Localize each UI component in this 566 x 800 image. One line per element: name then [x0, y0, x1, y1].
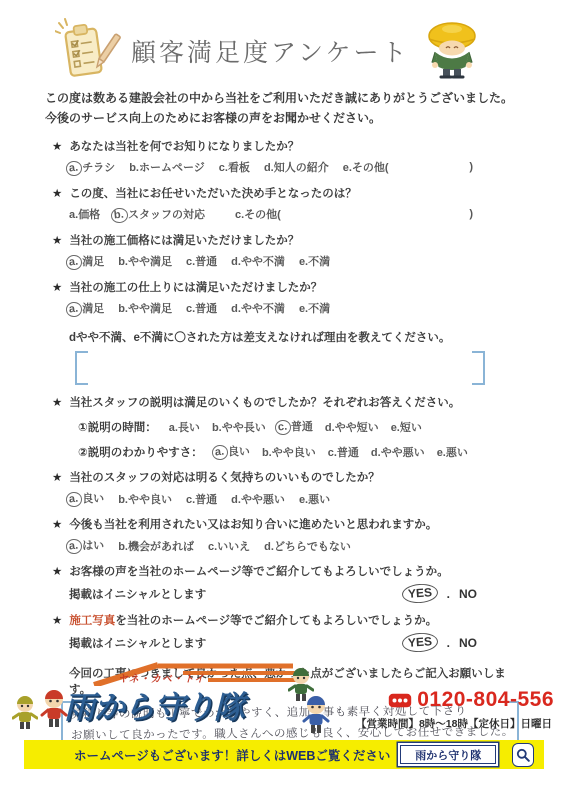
option-satisfied: a.満足	[69, 300, 104, 317]
search-button	[512, 743, 534, 767]
brand-logo-text: 雨から守り隊	[64, 682, 244, 727]
publish-note: 掲載はイニシャルとします	[69, 635, 206, 651]
option-price: a.価格	[69, 206, 100, 222]
option: d.やや悪い	[371, 444, 425, 460]
option-letter-circled: a.	[65, 254, 83, 271]
option-staff: b.スタッフの対応	[114, 206, 205, 223]
option-label: やや満足	[128, 303, 172, 315]
option-letter: c.	[208, 541, 217, 553]
option-letter: e.	[343, 162, 352, 174]
mascot-hero-red-icon	[40, 688, 68, 728]
option-label: やや満足	[128, 256, 172, 268]
option-letter: b.	[118, 256, 128, 268]
option-letter: c.	[219, 162, 228, 174]
survey-header: 顧客満足度アンケート	[55, 16, 521, 86]
option-label: 機会があれば	[128, 541, 194, 553]
option-label: やや短い	[335, 422, 379, 434]
option-label: 価格	[78, 209, 100, 221]
option: c.普通	[186, 300, 217, 316]
option: a.長い	[169, 419, 200, 435]
bowing-worker-mascot-icon	[420, 19, 484, 83]
option-letter: b.	[118, 303, 128, 315]
option: b.やや良い	[262, 444, 316, 460]
option-label: やや悪い	[241, 494, 285, 506]
option-letter: d.	[371, 447, 381, 459]
option-label: 普通	[195, 256, 217, 268]
option-letter: d.	[231, 303, 241, 315]
question-title: この度、当社にお任せいただいた決め手となったのは？	[69, 187, 357, 202]
yes-label-circled: YES	[401, 632, 438, 653]
option-letter: e.	[299, 256, 308, 268]
option-homepage: b.ホームページ	[129, 159, 205, 175]
option-selected: a.良い	[215, 443, 250, 460]
option-label: 普通	[291, 421, 313, 433]
option: d.やや不満	[231, 300, 285, 316]
star-bullet: ★	[52, 396, 62, 411]
subquestion-label: ②説明のわかりやすさ：	[78, 444, 203, 460]
option-letter: d.	[264, 541, 274, 553]
option-letter: d.	[264, 162, 274, 174]
question-publish-photos: ★施工写真を当社のホームページ等でご紹介してもよろしいでしょうか。 掲載はイニシ…	[45, 614, 521, 652]
option-label: 知人の紹介	[274, 162, 329, 174]
intro-line1: この度は数ある建設会社の中から当社をご利用いただき誠にありがとうございました。	[45, 88, 521, 108]
option: c.普通	[186, 253, 217, 269]
option-other: c.その他(	[235, 206, 281, 222]
reason-input-box	[75, 351, 485, 385]
option: b.やや満足	[118, 300, 172, 316]
option-label: 満足	[82, 303, 104, 315]
magnifier-icon	[516, 748, 530, 762]
option-label: 悪い	[308, 494, 330, 506]
survey-document: 顧客満足度アンケート この度は数ある建設会社の中から当社をご利用いただき誠にあり…	[0, 0, 566, 800]
option-label: いいえ	[217, 541, 250, 553]
option: d.どちらでもない	[264, 538, 351, 554]
question-title: 当社の施工価格には満足いただけましたか？	[69, 234, 299, 249]
option-letter: d.	[231, 494, 241, 506]
close-paren: )	[469, 161, 473, 173]
subquestion-explanation-clarity: ②説明のわかりやすさ： a.良い b.やや良い c.普通 d.やや悪い e.悪い	[52, 443, 521, 460]
question-title: 今後も当社を利用されたい又はお知り合いに進めたいと思われますか。	[69, 518, 437, 533]
search-box: 雨から守り隊	[400, 745, 496, 764]
clipboard-pencil-icon	[55, 18, 121, 84]
subquestion-explanation-time: ①説明の時間： a.長い b.やや長い c.普通 d.やや短い e.短い	[52, 418, 521, 435]
option: e.悪い	[437, 444, 468, 460]
star-bullet: ★	[52, 234, 62, 249]
option-label: ホームページ	[139, 162, 205, 174]
option-letter: e.	[437, 447, 446, 459]
option-letter: e.	[391, 422, 400, 434]
option: b.機会があれば	[118, 538, 194, 554]
option: b.やや満足	[118, 253, 172, 269]
option: e.不満	[299, 300, 330, 316]
question-finish-satisfaction: ★当社の施工の仕上りには満足いただけましたか？ a.満足 b.やや満足 c.普通…	[45, 281, 521, 317]
option-letter: c.	[186, 494, 195, 506]
intro-line2: 今後のサービス向上のためにお客様の声をお聞かせください。	[45, 108, 521, 128]
option-letter: b.	[212, 422, 222, 434]
mascot-hero-yellow-icon	[12, 694, 38, 730]
star-bullet: ★	[52, 281, 62, 296]
star-bullet: ★	[52, 140, 62, 155]
option-other: e.その他(	[343, 159, 389, 175]
question-staff-attitude: ★当社のスタッフの対応は明るく気持ちのいいものでしたか？ a.良い b.やや良い…	[45, 471, 521, 507]
intro-text: この度は数ある建設会社の中から当社をご利用いただき誠にありがとうございました。 …	[45, 88, 521, 129]
question-title: あなたは当社を何でお知りになりましたか？	[69, 140, 299, 155]
option-letter: e.	[299, 494, 308, 506]
reason-note: dやや不満、e不満に〇された方は差支えなければ理由を教えてください。	[45, 329, 521, 345]
question-title: 当社の施工の仕上りには満足いただけましたか？	[69, 281, 322, 296]
option: c.普通	[186, 491, 217, 507]
question-use-again: ★今後も当社を利用されたい又はお知り合いに進めたいと思われますか。 a.はい b…	[45, 518, 521, 554]
yes-no-separator: .	[447, 636, 450, 650]
web-banner: ホームページもございます！詳しくはWEBご覧ください 雨から守り隊	[24, 740, 544, 769]
yes-label-circled: YES	[401, 583, 438, 604]
no-label: NO	[459, 636, 477, 650]
option-selected: c.普通	[278, 418, 313, 435]
option-selected: a.はい	[69, 537, 104, 554]
option-label: その他(	[244, 209, 281, 221]
freedial-icon	[388, 693, 412, 708]
option-label: 普通	[195, 303, 217, 315]
question-price-satisfaction: ★当社の施工価格には満足いただけましたか？ a.満足 b.やや満足 c.普通 d…	[45, 234, 521, 270]
option-letter: d.	[231, 256, 241, 268]
option-letter: b.	[262, 447, 272, 459]
option-letter: b.	[118, 494, 128, 506]
question-title: お客様の声を当社のホームページ等でご紹介してもよろしいでしょうか。	[69, 565, 448, 580]
option-label: 悪い	[446, 447, 468, 459]
option-label: チラシ	[82, 162, 115, 174]
option-letter: c.	[328, 447, 337, 459]
option-letter-circled: a.	[65, 301, 83, 318]
question-title: 当社スタッフの説明は満足のいくものでしたか？それぞれお答えください。	[69, 396, 460, 411]
option-label: 短い	[400, 422, 422, 434]
option: b.やや長い	[212, 419, 266, 435]
right-bracket	[472, 351, 485, 385]
question-staff-explanation: ★当社スタッフの説明は満足のいくものでしたか？それぞれお答えください。 ①説明の…	[45, 396, 521, 461]
option-label: やや不満	[241, 256, 285, 268]
option-label: やや長い	[222, 422, 266, 434]
option-label: 良い	[228, 446, 250, 458]
title-highlight-red: 施工写真	[69, 615, 115, 627]
option: e.短い	[391, 419, 422, 435]
mascot-hero-blue-icon	[302, 694, 330, 734]
option-label: その他(	[352, 162, 389, 174]
option-letter: a.	[69, 209, 78, 221]
option-label: やや良い	[128, 494, 172, 506]
star-bullet: ★	[52, 471, 62, 486]
option-label: 不満	[308, 256, 330, 268]
search-input-value: 雨から守り隊	[415, 747, 481, 763]
option-letter-circled: c.	[274, 420, 292, 437]
option-label: 満足	[82, 256, 104, 268]
option-letter-circled: a.	[65, 160, 83, 177]
option-label: 看板	[228, 162, 250, 174]
option: e.悪い	[299, 491, 330, 507]
publish-note: 掲載はイニシャルとします	[69, 586, 206, 602]
page-title: 顧客満足度アンケート	[131, 33, 410, 69]
business-hours: 【営業時間】8時～18時【定休日】日曜日	[356, 716, 552, 731]
option-letter: a.	[169, 422, 178, 434]
left-bracket	[75, 351, 88, 385]
phone-number: 0120-804-556	[417, 688, 554, 712]
star-bullet: ★	[52, 518, 62, 533]
option: d.やや悪い	[231, 491, 285, 507]
question-title: 当社のスタッフの対応は明るく気持ちのいいものでしたか？	[69, 471, 380, 486]
option-referral: d.知人の紹介	[264, 159, 329, 175]
option-label: やや不満	[241, 303, 285, 315]
footer: ヤネ・カベ・トイ 雨から守り隊	[0, 664, 566, 738]
option: e.不満	[299, 253, 330, 269]
star-bullet: ★	[52, 187, 62, 202]
option-label: スタッフの対応	[128, 209, 205, 221]
option-letter-circled: b.	[110, 207, 128, 224]
option-letter-circled: a.	[211, 445, 229, 462]
option-selected: a.良い	[69, 490, 104, 507]
subquestion-label: ①説明の時間：	[78, 419, 157, 435]
option-kanban: c.看板	[219, 159, 250, 175]
option-label: 普通	[195, 494, 217, 506]
option: b.やや良い	[118, 491, 172, 507]
close-paren: )	[469, 208, 473, 220]
option-label: やや良い	[272, 447, 316, 459]
phone-row: 0120-804-556	[388, 688, 554, 712]
option-label: 長い	[178, 422, 200, 434]
no-label: NO	[459, 587, 477, 601]
question-title: 施工写真を当社のホームページ等でご紹介してもよろしいでしょうか。	[69, 614, 437, 629]
question-how-did-you-know: ★あなたは当社を何でお知りになりましたか？ a.チラシ b.ホームページ c.看…	[45, 140, 521, 176]
option: c.いいえ	[208, 538, 250, 554]
option-letter: c.	[186, 256, 195, 268]
title-rest: を当社のホームページ等でご紹介してもよろしいでしょうか。	[115, 615, 437, 627]
option-letter: d.	[325, 422, 335, 434]
option-label: 良い	[82, 493, 104, 505]
option-letter: c.	[186, 303, 195, 315]
option-letter: b.	[118, 541, 128, 553]
option-label: 不満	[308, 303, 330, 315]
option-chirashi: a.チラシ	[69, 159, 115, 176]
option-letter-circled: a.	[65, 539, 83, 556]
option-label: はい	[82, 540, 104, 552]
option-satisfied: a.満足	[69, 253, 104, 270]
option-letter-circled: a.	[65, 492, 83, 509]
yes-no-separator: .	[447, 587, 450, 601]
star-bullet: ★	[52, 565, 62, 580]
question-publish-voice: ★お客様の声を当社のホームページ等でご紹介してもよろしいでしょうか。 掲載はイニ…	[45, 565, 521, 603]
option: d.やや短い	[325, 419, 379, 435]
option-letter: b.	[129, 162, 139, 174]
star-bullet: ★	[52, 614, 62, 629]
option: d.やや不満	[231, 253, 285, 269]
banner-text: ホームページもございます！詳しくはWEBご覧ください	[74, 746, 390, 764]
option-label: やや悪い	[381, 447, 425, 459]
option-label: どちらでもない	[274, 541, 351, 553]
option-letter: e.	[299, 303, 308, 315]
option: c.普通	[328, 444, 359, 460]
option-label: 普通	[337, 447, 359, 459]
option-letter: c.	[235, 209, 244, 221]
question-deciding-factor: ★この度、当社にお任せいただいた決め手となったのは？ a.価格 b.スタッフの対…	[45, 187, 521, 223]
